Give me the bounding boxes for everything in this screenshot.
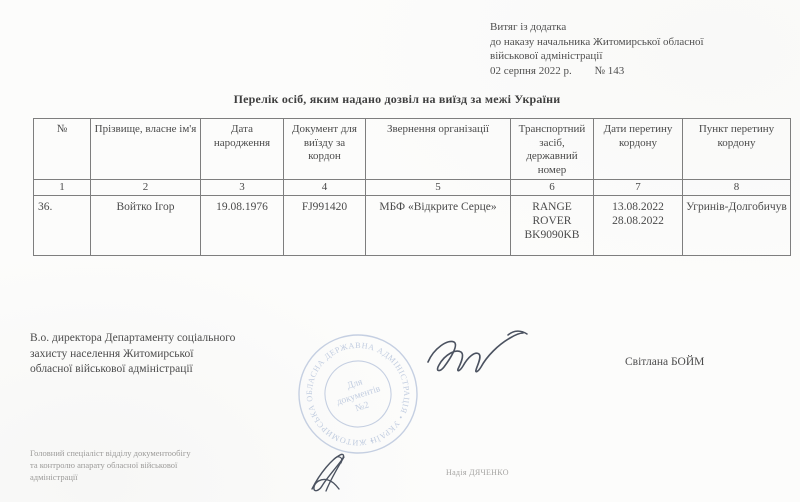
clerk-signature-icon bbox=[300, 444, 366, 498]
ref-date-line: 02 серпня 2022 р. № 143 bbox=[490, 64, 704, 79]
ref-line: до наказу начальника Житомирської обласн… bbox=[490, 35, 704, 50]
birth-date: 19.08.1976 bbox=[201, 196, 284, 256]
row-number: 36. bbox=[34, 196, 91, 256]
scanned-document-page: Витяг із додатка до наказу начальника Жи… bbox=[0, 0, 800, 502]
director-position-line: захисту населення Житомирської bbox=[30, 347, 235, 363]
column-index-cell: 8 bbox=[683, 180, 791, 196]
clerk-position-line: Головний спеціаліст відділу документообі… bbox=[30, 447, 191, 459]
column-index-cell: 4 bbox=[284, 180, 366, 196]
permit-table: № Прізвище, власне ім'я Дата народження … bbox=[33, 118, 791, 256]
vehicle-plate: RANGE ROVER BK9090KB bbox=[511, 196, 594, 256]
order-date: 02 серпня 2022 р. bbox=[490, 65, 572, 77]
header-cell-crossing-dates: Дати перетину кордону bbox=[594, 119, 683, 180]
column-index-row: 1 2 3 4 5 6 7 8 bbox=[34, 180, 791, 196]
table-row: 36. Войтко Ігор 19.08.1976 FJ991420 МБФ … bbox=[34, 196, 791, 256]
stamp-center-line: №2 bbox=[354, 400, 370, 414]
clerk-name: Надія ДЯЧЕНКО bbox=[446, 468, 509, 477]
header-cell-birth-date: Дата народження bbox=[201, 119, 284, 180]
header-cell-organization: Звернення організації bbox=[366, 119, 511, 180]
organization: МБФ «Відкрите Серце» bbox=[366, 196, 511, 256]
director-name: Світлана БОЙМ bbox=[625, 356, 704, 368]
director-signature-icon bbox=[420, 326, 552, 382]
ref-line: військової адміністрації bbox=[490, 49, 704, 64]
header-cell-document: Документ для виїзду за кордон bbox=[284, 119, 366, 180]
order-number: № 143 bbox=[594, 64, 624, 79]
clerk-position-block: Головний спеціаліст відділу документообі… bbox=[30, 447, 191, 483]
reference-block: Витяг із додатка до наказу начальника Жи… bbox=[490, 20, 704, 78]
ref-line: Витяг із додатка bbox=[490, 20, 704, 35]
person-name: Войтко Ігор bbox=[91, 196, 201, 256]
column-index-cell: 7 bbox=[594, 180, 683, 196]
column-index-cell: 6 bbox=[511, 180, 594, 196]
table-header-row: № Прізвище, власне ім'я Дата народження … bbox=[34, 119, 791, 180]
director-position-line: обласної військової адміністрації bbox=[30, 362, 235, 378]
header-cell-name: Прізвище, власне ім'я bbox=[91, 119, 201, 180]
column-index-cell: 2 bbox=[91, 180, 201, 196]
header-cell-number: № bbox=[34, 119, 91, 180]
clerk-position-line: та контролю апарату обласної військової bbox=[30, 459, 191, 471]
director-position-block: В.о. директора Департаменту соціального … bbox=[30, 331, 235, 378]
header-cell-crossing-point: Пункт перетину кордону bbox=[683, 119, 791, 180]
crossing-dates: 13.08.2022 28.08.2022 bbox=[594, 196, 683, 256]
clerk-position-line: адміністрації bbox=[30, 471, 191, 483]
column-index-cell: 3 bbox=[201, 180, 284, 196]
director-position-line: В.о. директора Департаменту соціального bbox=[30, 331, 235, 347]
column-index-cell: 5 bbox=[366, 180, 511, 196]
column-index-cell: 1 bbox=[34, 180, 91, 196]
header-cell-vehicle: Транспортний засіб, державний номер bbox=[511, 119, 594, 180]
travel-document: FJ991420 bbox=[284, 196, 366, 256]
document-title: Перелік осіб, яким надано дозвіл на виїз… bbox=[0, 92, 794, 107]
crossing-point: Угринів-Долгобичув bbox=[683, 196, 791, 256]
